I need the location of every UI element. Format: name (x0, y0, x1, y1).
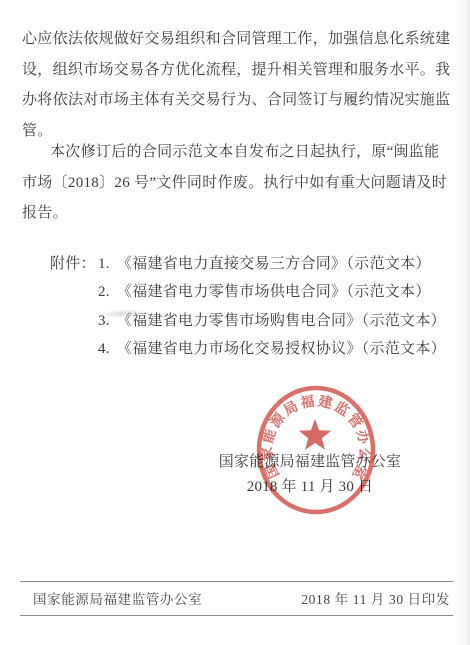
footer-issuer: 国家能源局福建监管办公室 (33, 588, 202, 608)
attachment-title: 《福建省电力市场化交易授权协议》（示范文本） (117, 335, 446, 364)
text-line: 心应依法依规做好交易组织和合同管理工作，加强信息化系统建 (22, 24, 452, 55)
signature-date: 2018 年 11 月 30 日 (210, 475, 410, 500)
attachment-title: 《福建省电力零售市场供电合同》（示范文本） (117, 278, 431, 307)
attachment-number: 1. (98, 250, 110, 279)
paragraph-1: 心应依法依规做好交易组织和合同管理工作，加强信息化系统建 设，组织市场交易各方优… (22, 24, 452, 146)
attachments-list: 附件： 1. 《福建省电力直接交易三方合同》（示范文本） 2. 《福建省电力零售… (50, 250, 452, 364)
attachments-indent (50, 335, 98, 364)
attachment-title: 《福建省电力直接交易三方合同》（示范文本） (117, 250, 431, 279)
attachment-item: 附件： 1. 《福建省电力直接交易三方合同》（示范文本） (50, 250, 452, 279)
attachment-title: 《福建省电力零售市场购售电合同》（示范文本） (117, 307, 446, 336)
document-page: 心应依法依规做好交易组织和合同管理工作，加强信息化系统建 设，组织市场交易各方优… (0, 0, 470, 645)
text-line: 办将依法对市场主体有关交易行为、合同签订与履约情况实施监 (22, 85, 452, 116)
attachment-number: 2. (98, 278, 110, 307)
text-line: 市场〔2018〕26 号”文件同时作废。执行中如有重大问题请及时 (22, 168, 452, 199)
attachments-label: 附件： (50, 250, 98, 279)
signature-office: 国家能源局福建监管办公室 (210, 450, 410, 475)
attachments-indent (50, 278, 98, 307)
attachment-item: 2. 《福建省电力零售市场供电合同》（示范文本） (50, 278, 452, 307)
text-line: 报告。 (22, 198, 452, 229)
footer-imprint: 国家能源局福建监管办公室 2018 年 11 月 30 日印发 (20, 581, 453, 616)
attachments-indent (50, 307, 98, 336)
attachment-item: 4. 《福建省电力市场化交易授权协议》（示范文本） (50, 335, 452, 364)
text-line: 设，组织市场交易各方优化流程，提升相关管理和服务水平。我 (22, 55, 452, 86)
signature-block: 国家能源局福建监管办公室 2018 年 11 月 30 日 (210, 450, 410, 500)
body-text: 心应依法依规做好交易组织和合同管理工作，加强信息化系统建 设，组织市场交易各方优… (22, 24, 452, 364)
paragraph-2: 本次修订后的合同示范文本自发布之日起执行，原“闽监能 市场〔2018〕26 号”… (22, 137, 452, 229)
star-icon (299, 419, 331, 450)
attachment-number: 4. (98, 335, 110, 364)
footer-print-date: 2018 年 11 月 30 日印发 (301, 588, 450, 608)
text-line: 本次修订后的合同示范文本自发布之日起执行，原“闽监能 (22, 137, 452, 168)
